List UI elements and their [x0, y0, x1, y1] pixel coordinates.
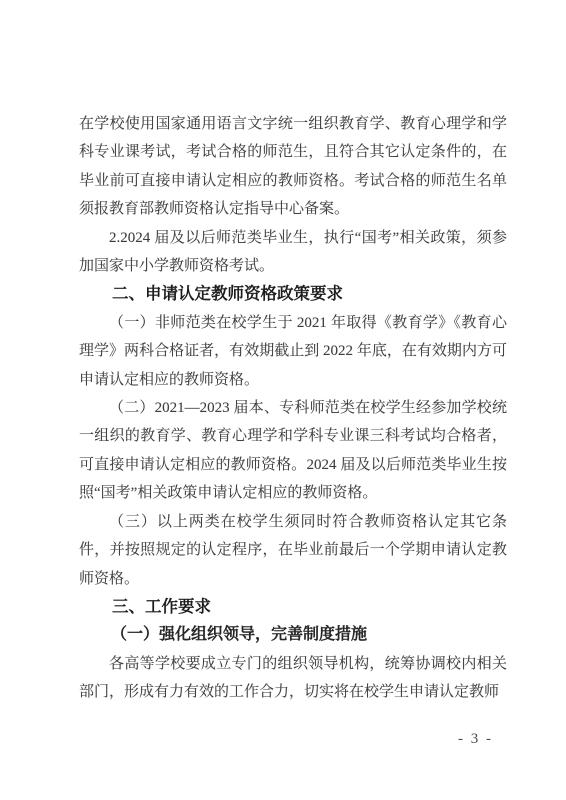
paragraph: 各高等学校要成立专门的组织领导机构，统筹协调校内相关部门，形成有力有效的工作合力… [79, 650, 507, 707]
paragraph: 在学校使用国家通用语言文字统一组织教育学、教育心理学和学科专业课考试，考试合格的… [79, 110, 507, 224]
section-heading: 三、工作要求 [79, 593, 507, 621]
paragraph: （一）非师范类在校学生于 2021 年取得《教育学》《教育心理学》两科合格证者，… [79, 309, 507, 394]
paragraph: （二）2021—2023 届本、专科师范类在校学生经参加学校统一组织的教育学、教… [79, 394, 507, 508]
section-heading: （一）强化组织领导，完善制度措施 [79, 621, 507, 649]
section-heading: 二、申请认定教师资格政策要求 [79, 280, 507, 308]
page-number: - 3 - [458, 731, 493, 748]
paragraph: （三）以上两类在校学生须同时符合教师资格认定其它条件，并按照规定的认定程序，在毕… [79, 508, 507, 593]
paragraph: 2.2024 届及以后师范类毕业生，执行“国考”相关政策，须参加国家中小学教师资… [79, 224, 507, 281]
document-body: 在学校使用国家通用语言文字统一组织教育学、教育心理学和学科专业课考试，考试合格的… [79, 110, 507, 707]
document-page: 在学校使用国家通用语言文字统一组织教育学、教育心理学和学科专业课考试，考试合格的… [0, 0, 566, 800]
